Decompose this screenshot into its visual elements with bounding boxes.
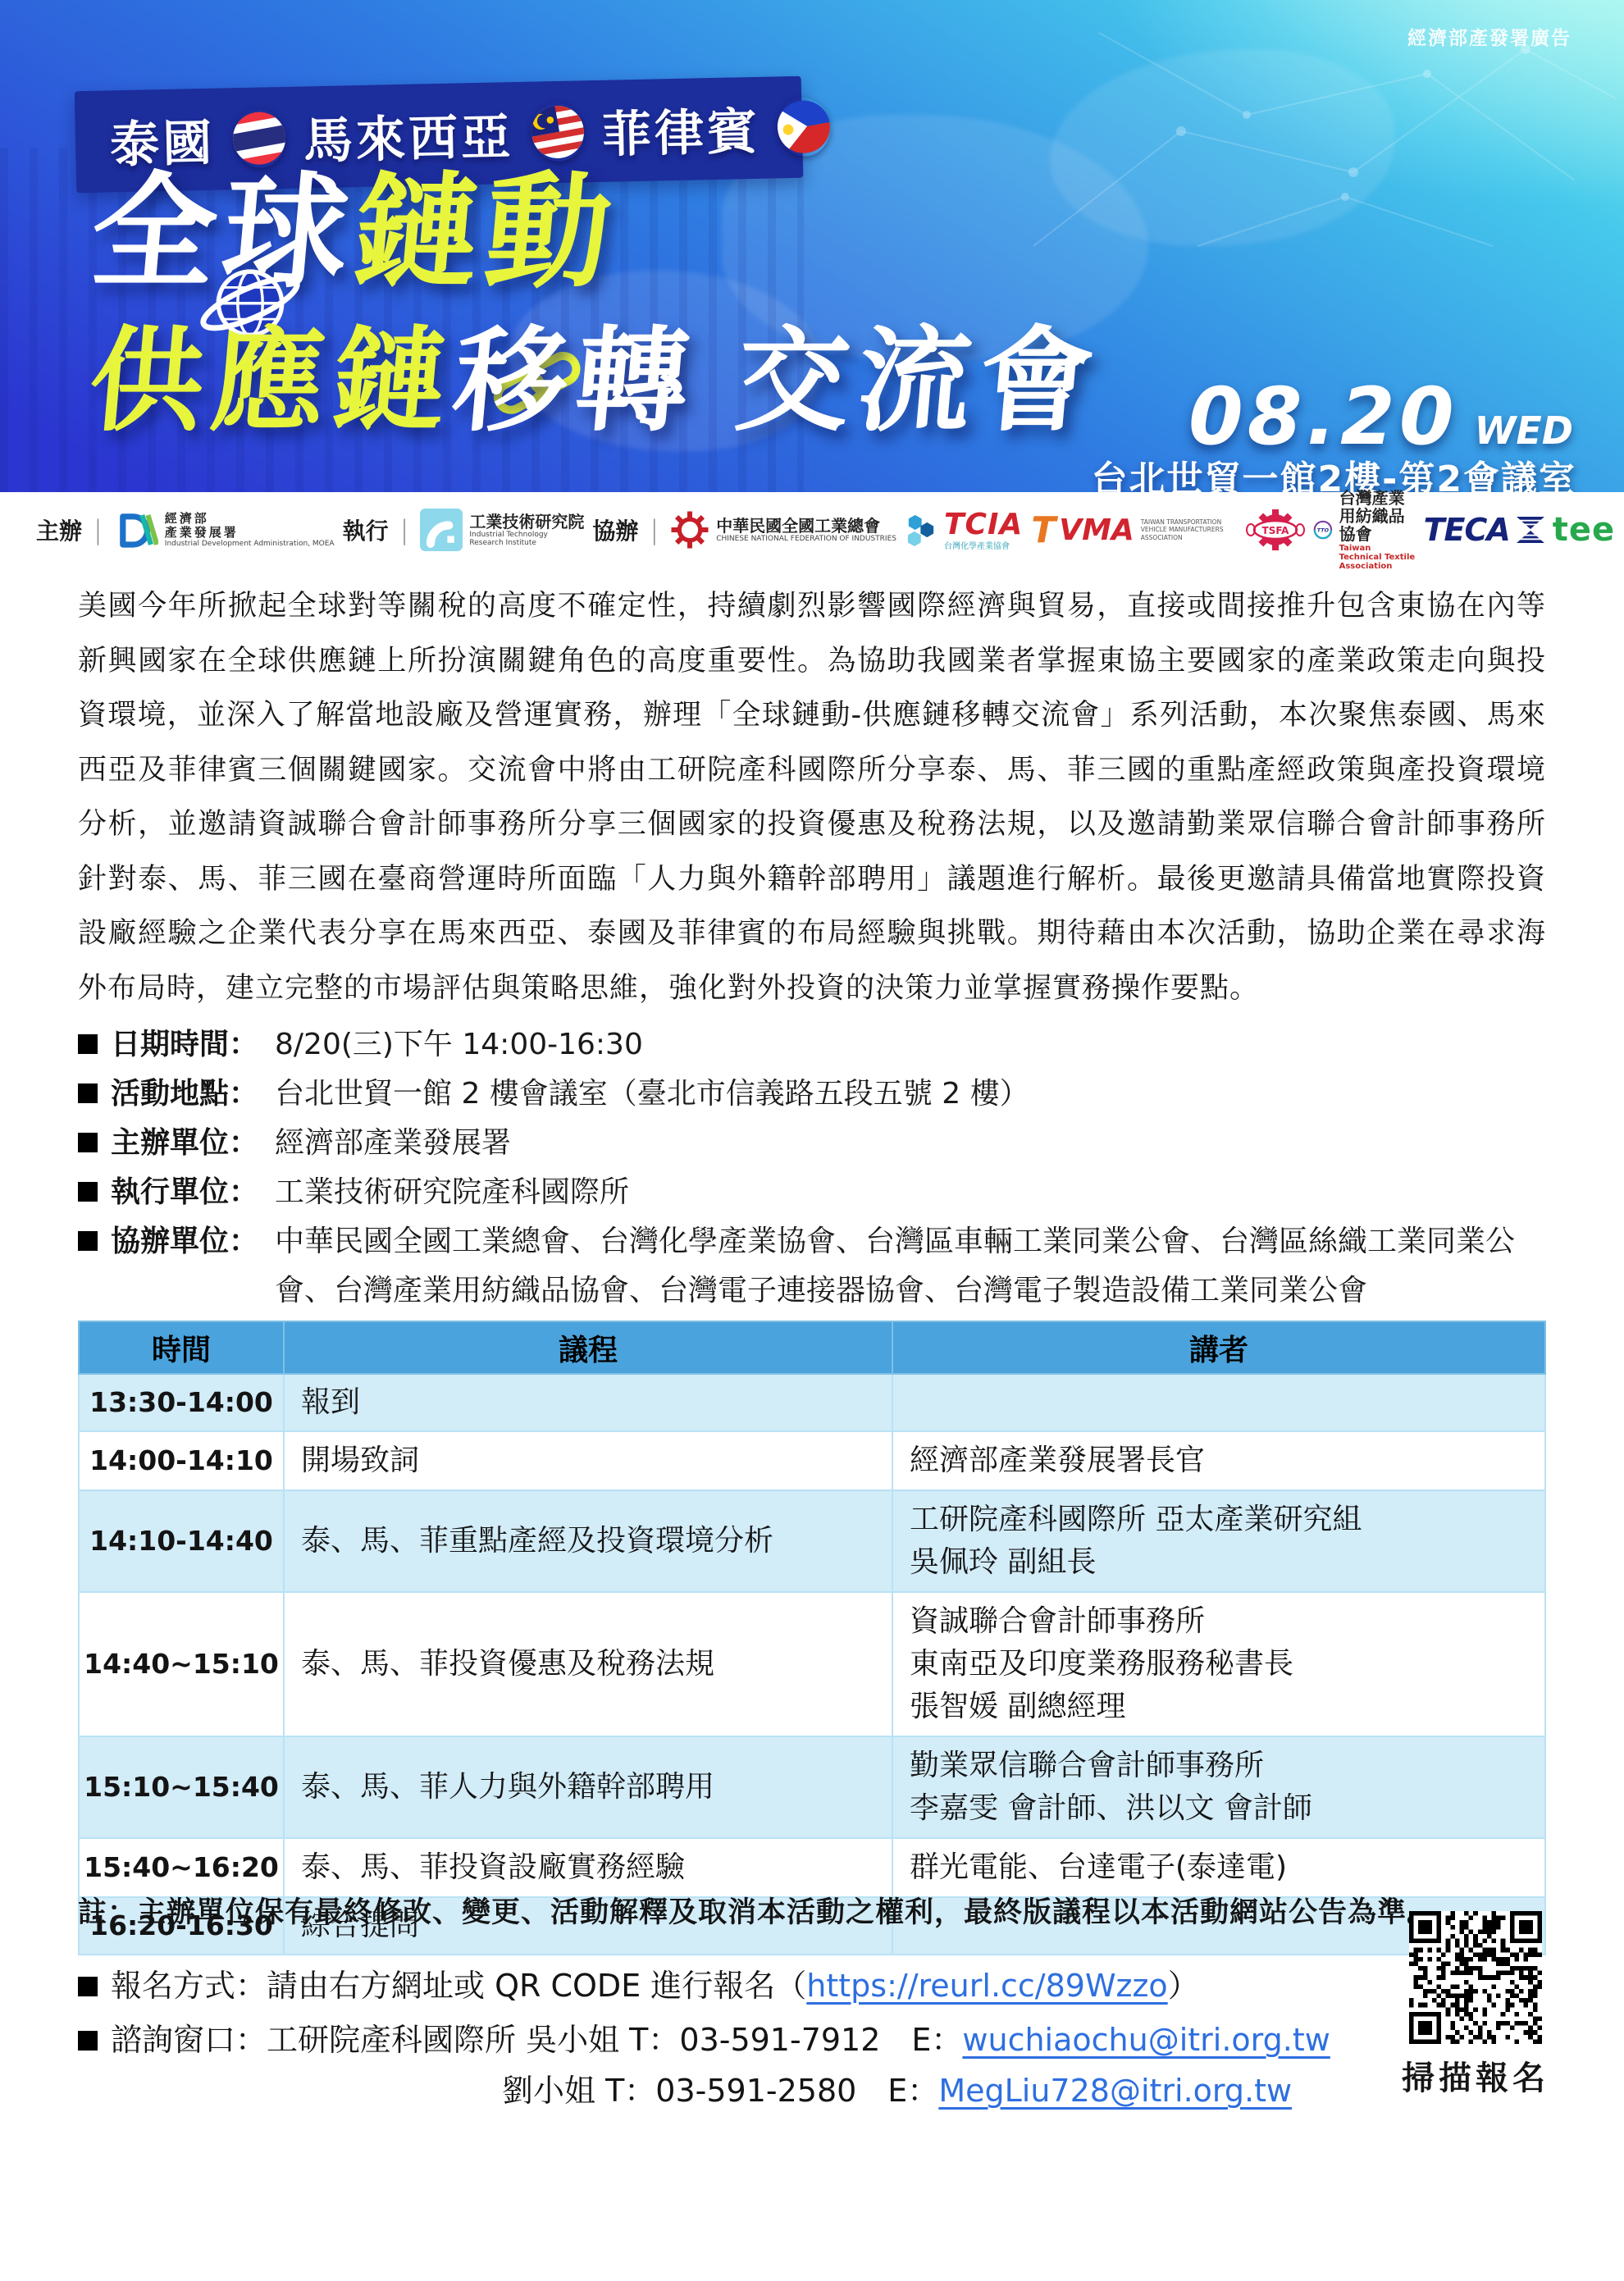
bullet-square-icon <box>78 1977 98 1996</box>
contact2-email-link[interactable]: MegLiu728@itri.org.tw <box>938 2073 1292 2109</box>
registration-line: 報名方式：請由右方網址或 QR CODE 進行報名（https://reurl.… <box>78 1960 1199 2005</box>
ida-logo: 經濟部 產業發展署 Industrial Development Adminis… <box>114 508 335 552</box>
tsfa-logo: TSFA <box>1246 506 1305 554</box>
contact1-text: ：工研院產科國際所 吳小姐 T：03-591-7912 E： <box>235 2022 962 2058</box>
ida-mark-icon <box>114 508 158 552</box>
registration-link[interactable]: https://reurl.cc/89Wzzo <box>806 1968 1167 2004</box>
title-global: 全球 <box>85 160 360 305</box>
itri-en2: Research Institute <box>469 539 584 547</box>
schedule-table: 時間 議程 講者 13:30-14:00報到14:00-14:10開場致詞經濟部… <box>78 1321 1546 1955</box>
bullet-square-icon <box>78 1034 98 1054</box>
speaker-line: 工研院產科國際所 亞太產業研究組 <box>910 1499 1528 1541</box>
registration-label: 報名方式 <box>111 1968 235 2004</box>
ad-label: 經濟部產發署廣告 <box>1407 23 1572 50</box>
main-title-line1: 全球鏈動 <box>86 171 622 295</box>
country-philippines: 菲律賓 <box>601 93 760 167</box>
speaker-line: 張智媛 副總經理 <box>910 1686 1528 1728</box>
contact1-email-link[interactable]: wuchiaochu@itri.org.tw <box>962 2022 1330 2058</box>
table-row: 15:10~15:40泰、馬、菲人力與外籍幹部聘用勤業眾信聯合會計師事務所李嘉雯… <box>79 1736 1545 1838</box>
speaker-line: 東南亞及印度業務服務秘書長 <box>910 1643 1528 1686</box>
tsfa-gear-icon: TSFA <box>1246 506 1305 554</box>
agenda-cell: 報到 <box>284 1374 892 1431</box>
agenda-cell: 開場致詞 <box>284 1431 892 1490</box>
qr-caption: 掃描報名 <box>1383 2052 1568 2099</box>
bullet-square-icon <box>78 2031 98 2051</box>
divider: | <box>400 514 409 545</box>
bullet-square-icon <box>78 1133 98 1152</box>
tvma-logo: T VMA TAIWAN TRANSPORTATION VEHICLE MANU… <box>1031 509 1238 551</box>
teca-abbr: TECA <box>1424 512 1510 548</box>
time-cell: 13:30-14:00 <box>79 1374 284 1431</box>
detail-value: 台北世貿一館 2 樓會議室（臺北市信義路五段五號 2 樓） <box>275 1077 1029 1111</box>
detail-item: 協辦單位：中華民國全國工業總會、台灣化學產業協會、台灣區車輛工業同業公會、台灣區… <box>78 1217 1554 1316</box>
executor-label: 執行 <box>343 513 389 546</box>
bullet-square-icon <box>78 1231 98 1251</box>
ida-cn2: 產業發展署 <box>165 526 335 540</box>
header-speaker: 講者 <box>892 1321 1545 1374</box>
hexagons-icon <box>905 513 937 547</box>
teeia-logo: teeia <box>1553 511 1624 549</box>
detail-label: 日期時間： <box>78 1020 258 1070</box>
header-time: 時間 <box>79 1321 284 1374</box>
title-transfer: 移轉 <box>449 315 703 447</box>
bullet-square-icon <box>78 1182 98 1202</box>
speaker-line: 李嘉雯 會計師、洪以文 會計師 <box>910 1787 1528 1830</box>
tcia-abbr: TCIA <box>944 509 1023 541</box>
itri-en1: Industrial Technology <box>469 531 584 539</box>
ttto-en: Taiwan Technical Textile Association <box>1339 544 1416 572</box>
header-agenda: 議程 <box>284 1321 892 1374</box>
ttto-cn: 台灣產業用紡織品協會 <box>1339 489 1416 544</box>
event-poster: 經濟部產發署廣告 泰國 馬來西亞 <box>0 0 1624 2281</box>
detail-label: 活動地點： <box>78 1070 258 1119</box>
table-header-row: 時間 議程 講者 <box>79 1321 1545 1374</box>
speaker-line: 勤業眾信聯合會計師事務所 <box>910 1745 1528 1787</box>
agenda-cell: 泰、馬、菲重點產經及投資環境分析 <box>284 1490 892 1592</box>
ttto-logo: TTO 台灣產業用紡織品協會 Taiwan Technical Textile … <box>1313 489 1416 572</box>
teca-logo: TECA <box>1424 512 1544 548</box>
detail-item: 執行單位：工業技術研究院產科國際所 <box>78 1168 1554 1217</box>
table-row: 14:00-14:10開場致詞經濟部產業發展署長官 <box>79 1431 1545 1490</box>
time-cell: 14:40~15:10 <box>79 1592 284 1736</box>
time-cell: 14:00-14:10 <box>79 1431 284 1490</box>
executor-group: 執行 | 工業技術研究院 Industrial Technology Resea… <box>343 509 585 551</box>
speaker-cell: 群光電能、台達電子(泰達電) <box>892 1838 1545 1897</box>
tvma-en: TAIWAN TRANSPORTATION VEHICLE MANUFACTUR… <box>1141 518 1238 541</box>
table-row: 14:40~15:10泰、馬、菲投資優惠及稅務法規資誠聯合會計師事務所東南亞及印… <box>79 1592 1545 1736</box>
title-forum: 交流會 <box>731 315 1106 447</box>
time-cell: 14:10-14:40 <box>79 1490 284 1592</box>
contact-line-1: 諮詢窗口：工研院產科國際所 吳小姐 T：03-591-7912 E：wuchia… <box>78 2014 1330 2060</box>
itri-cn: 工業技術研究院 <box>469 513 584 531</box>
ttto-abbr: TTO <box>1317 527 1330 534</box>
table-row: 15:40~16:20泰、馬、菲投資設廠實務經驗群光電能、台達電子(泰達電) <box>79 1838 1545 1897</box>
host-label: 主辦 <box>36 513 82 546</box>
tsfa-abbr: TSFA <box>1261 525 1289 536</box>
divider: | <box>650 514 659 545</box>
agenda-cell: 泰、馬、菲投資優惠及稅務法規 <box>284 1592 892 1736</box>
itri-mark-icon <box>420 509 463 551</box>
coorganizer-group: 協辦 | 中華民國全國工業總會 CHINESE NATIO <box>592 510 896 550</box>
contact2-text: 劉小姐 T：03-591-2580 E： <box>502 2073 938 2109</box>
registration-post: ） <box>1168 1968 1199 2004</box>
title-chain-move: 鏈動 <box>348 160 623 305</box>
table-row: 14:10-14:40泰、馬、菲重點產經及投資環境分析工研院產科國際所 亞太產業… <box>79 1490 1545 1592</box>
host-group: 主辦 | 經濟部 產業發展署 Industrial Development Ad… <box>36 508 335 552</box>
detail-value: 中華民國全國工業總會、台灣化學產業協會、台灣區車輛工業同業公會、台灣區絲織工業同… <box>275 1225 1515 1307</box>
ttto-circle-icon: TTO <box>1313 509 1333 551</box>
bobbin-icon <box>1517 517 1544 543</box>
speaker-cell: 工研院產科國際所 亞太產業研究組吳佩玲 副組長 <box>892 1490 1545 1592</box>
event-venue: 台北世貿一館2樓-第2會議室 <box>1092 449 1577 492</box>
detail-value: 工業技術研究院產科國際所 <box>275 1175 629 1209</box>
coorganizer-label: 協辦 <box>592 513 638 546</box>
detail-label: 主辦單位： <box>78 1119 258 1168</box>
detail-value: 8/20(三)下午 14:00-16:30 <box>275 1028 643 1061</box>
agenda-cell: 泰、馬、菲人力與外籍幹部聘用 <box>284 1736 892 1838</box>
speaker-cell: 資誠聯合會計師事務所東南亞及印度業務服務秘書長張智媛 副總經理 <box>892 1592 1545 1736</box>
gear-icon <box>670 510 709 550</box>
speaker-line: 吳佩玲 副組長 <box>910 1541 1528 1584</box>
tcia-cn: 台灣化學產業協會 <box>944 542 1023 551</box>
cnfi-cn: 中華民國全國工業總會 <box>716 517 896 535</box>
time-cell: 15:40~16:20 <box>79 1838 284 1897</box>
speaker-line: 群光電能、台達電子(泰達電) <box>910 1846 1528 1889</box>
tvma-t: T <box>1031 509 1056 551</box>
speaker-cell <box>892 1374 1545 1431</box>
itri-logo: 工業技術研究院 Industrial Technology Research I… <box>420 509 584 551</box>
intro-paragraph: 美國今年所掀起全球對等關稅的高度不確定性，持續劇烈影響國際經濟與貿易，直接或間接… <box>78 579 1546 1015</box>
contact-label: 諮詢窗口 <box>111 2022 235 2058</box>
detail-label: 執行單位： <box>78 1168 258 1217</box>
malaysia-flag-icon <box>527 98 589 166</box>
bullet-square-icon <box>78 1083 98 1103</box>
registration-pre: ：請由右方網址或 QR CODE 進行報名（ <box>235 1968 806 2004</box>
agenda-cell: 泰、馬、菲投資設廠實務經驗 <box>284 1838 892 1897</box>
ida-cn1: 經濟部 <box>165 512 335 526</box>
speaker-cell: 經濟部產業發展署長官 <box>892 1431 1545 1490</box>
ida-en: Industrial Development Administration, M… <box>165 540 335 548</box>
speaker-line: 經濟部產業發展署長官 <box>910 1439 1528 1482</box>
date-weekday: WED <box>1475 408 1573 453</box>
cnfi-en: CHINESE NATIONAL FEDERATION OF INDUSTRIE… <box>716 535 896 543</box>
speaker-line: 資誠聯合會計師事務所 <box>910 1600 1528 1643</box>
main-title-line2: 供應鏈移轉交流會 <box>85 325 1106 438</box>
title-supply-chain: 供應鏈 <box>84 315 460 447</box>
teeia-part1: tee <box>1553 511 1615 549</box>
time-cell: 15:10~15:40 <box>79 1736 284 1838</box>
tvma-rest: VMA <box>1059 513 1134 547</box>
detail-item: 主辦單位：經濟部產業發展署 <box>78 1119 1554 1168</box>
divider: | <box>94 514 103 545</box>
detail-value: 經濟部產業發展署 <box>275 1126 511 1160</box>
speaker-cell: 勤業眾信聯合會計師事務所李嘉雯 會計師、洪以文 會計師 <box>892 1736 1545 1838</box>
organizer-strip: 主辦 | 經濟部 產業發展署 Industrial Development Ad… <box>0 492 1624 568</box>
qr-code <box>1409 1911 1542 2044</box>
detail-item: 活動地點：台北世貿一館 2 樓會議室（臺北市信義路五段五號 2 樓） <box>78 1070 1554 1119</box>
cnfi-logo: 中華民國全國工業總會 CHINESE NATIONAL FEDERATION O… <box>670 510 896 550</box>
contact-line-2: 劉小姐 T：03-591-2580 E：MegLiu728@itri.org.t… <box>502 2065 1292 2110</box>
detail-label: 協辦單位： <box>78 1217 258 1266</box>
banner: 經濟部產發署廣告 泰國 馬來西亞 <box>0 0 1624 492</box>
disclaimer-note: 註：主辦單位保有最終修改、變更、活動解釋及取消本活動之權利，最終版議程以本活動網… <box>78 1890 1436 1931</box>
tcia-logo: TCIA 台灣化學產業協會 <box>905 509 1023 551</box>
details-list: 日期時間：8/20(三)下午 14:00-16:30活動地點：台北世貿一館 2 … <box>78 1020 1554 1316</box>
detail-item: 日期時間：8/20(三)下午 14:00-16:30 <box>78 1020 1554 1070</box>
table-row: 13:30-14:00報到 <box>79 1374 1545 1431</box>
schedule-body: 13:30-14:00報到14:00-14:10開場致詞經濟部產業發展署長官14… <box>79 1374 1545 1955</box>
